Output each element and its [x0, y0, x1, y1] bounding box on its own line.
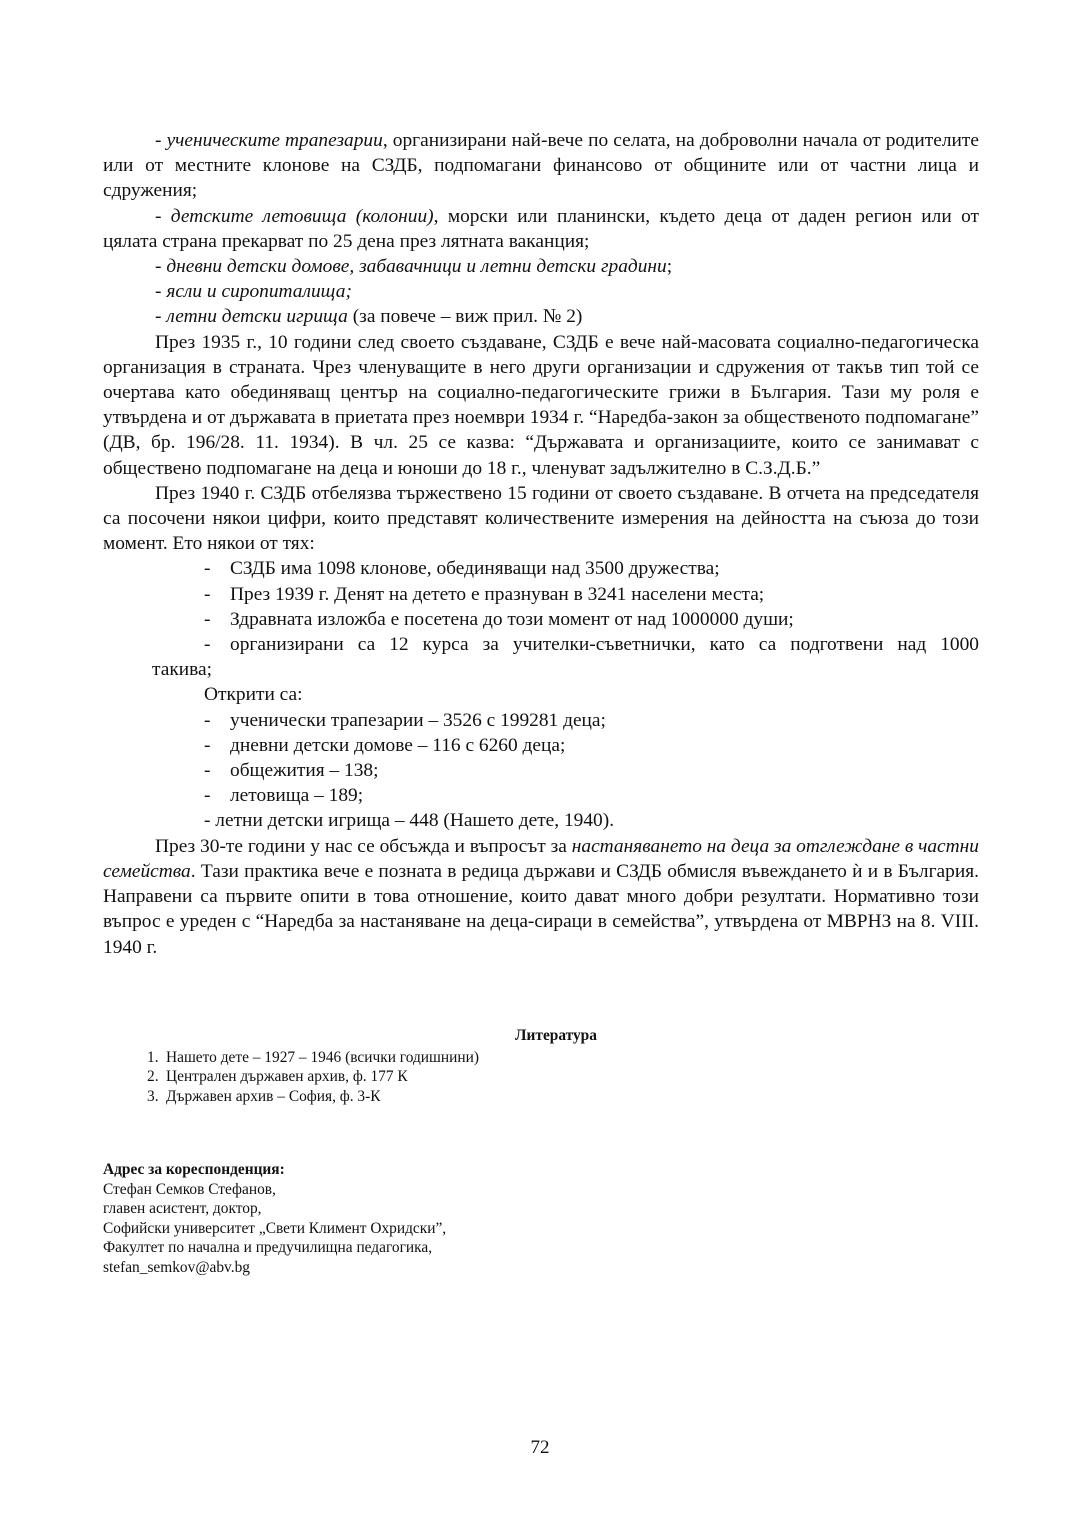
author-email: stefan_semkov@abv.bg — [103, 1258, 703, 1278]
author-name: Стефан Семков Стефанов, — [103, 1180, 703, 1200]
paragraph-student-canteens: - ученическите трапезарии, организирани … — [103, 128, 979, 204]
paragraph-playgrounds: - летни детски игрища (за повече – виж п… — [103, 304, 979, 329]
literature-section: Литература 1.Нашето дете – 1927 – 1946 (… — [103, 1026, 979, 1106]
page-number: 72 — [0, 1437, 1080, 1459]
paragraph-1940: През 1940 г. СЗДБ отбелязва тържествено … — [103, 481, 979, 557]
opened-list: - ученически трапезарии – 3526 с 199281 … — [103, 708, 979, 834]
literature-item: 1.Нашето дете – 1927 – 1946 (всички годи… — [103, 1048, 979, 1068]
author-position: главен асистент, доктор, — [103, 1199, 703, 1219]
paragraph-summer-camps: - детските летовища (колонии), морски ил… — [103, 204, 979, 254]
italic-term: ясли и сиропиталища; — [166, 281, 352, 302]
author-faculty: Факултет по начална и предучилищна педаг… — [103, 1238, 703, 1258]
list-item: - летни детски игрища – 448 (Нашето дете… — [103, 808, 979, 833]
list-item: - През 1939 г. Денят на детето е празнув… — [103, 582, 979, 607]
list-item: - летовища – 189; — [103, 783, 979, 808]
author-university: Софийски университет „Свети Климент Охри… — [103, 1219, 703, 1239]
correspondence-title: Адрес за кореспонденция: — [103, 1160, 703, 1180]
literature-item: 2.Централен държавен архив, ф. 177 К — [103, 1067, 979, 1087]
literature-item: 3.Държавен архив – София, ф. 3-К — [103, 1087, 979, 1107]
list-item: - Здравната изложба е посетена до този м… — [103, 607, 979, 632]
body-text: - ученическите трапезарии, организирани … — [103, 128, 979, 960]
paragraph-nurseries: - ясли и сиропиталища; — [103, 279, 979, 304]
literature-list: 1.Нашето дете – 1927 – 1946 (всички годи… — [103, 1048, 979, 1107]
correspondence-address: Адрес за кореспонденция: Стефан Семков С… — [103, 1160, 703, 1278]
opened-label: Открити са: — [103, 682, 979, 707]
italic-term: летни детски игрища — [166, 306, 348, 327]
italic-term: детските летовища (колонии) — [171, 206, 434, 227]
list-item: - общежития – 138; — [103, 758, 979, 783]
paragraph-1935: През 1935 г., 10 години след своето създ… — [103, 330, 979, 481]
paragraph-day-homes: - дневни детски домове, забавачници и ле… — [103, 254, 979, 279]
list-item: - организирани са 12 курса за учителки-с… — [103, 632, 979, 682]
stats-list: - СЗДБ има 1098 клонове, обединяващи над… — [103, 556, 979, 682]
literature-title: Литература — [103, 1026, 979, 1046]
paragraph-foster-families: През 30-те години у нас се обсъжда и въп… — [103, 834, 979, 960]
italic-term: дневни детски домове, забавачници и летн… — [166, 256, 666, 277]
list-item: - ученически трапезарии – 3526 с 199281 … — [103, 708, 979, 733]
document-page: - ученическите трапезарии, организирани … — [0, 0, 1080, 1528]
italic-term: ученическите трапезарии — [167, 130, 383, 151]
list-item: - СЗДБ има 1098 клонове, обединяващи над… — [103, 556, 979, 581]
list-item: - дневни детски домове – 116 с 6260 деца… — [103, 733, 979, 758]
